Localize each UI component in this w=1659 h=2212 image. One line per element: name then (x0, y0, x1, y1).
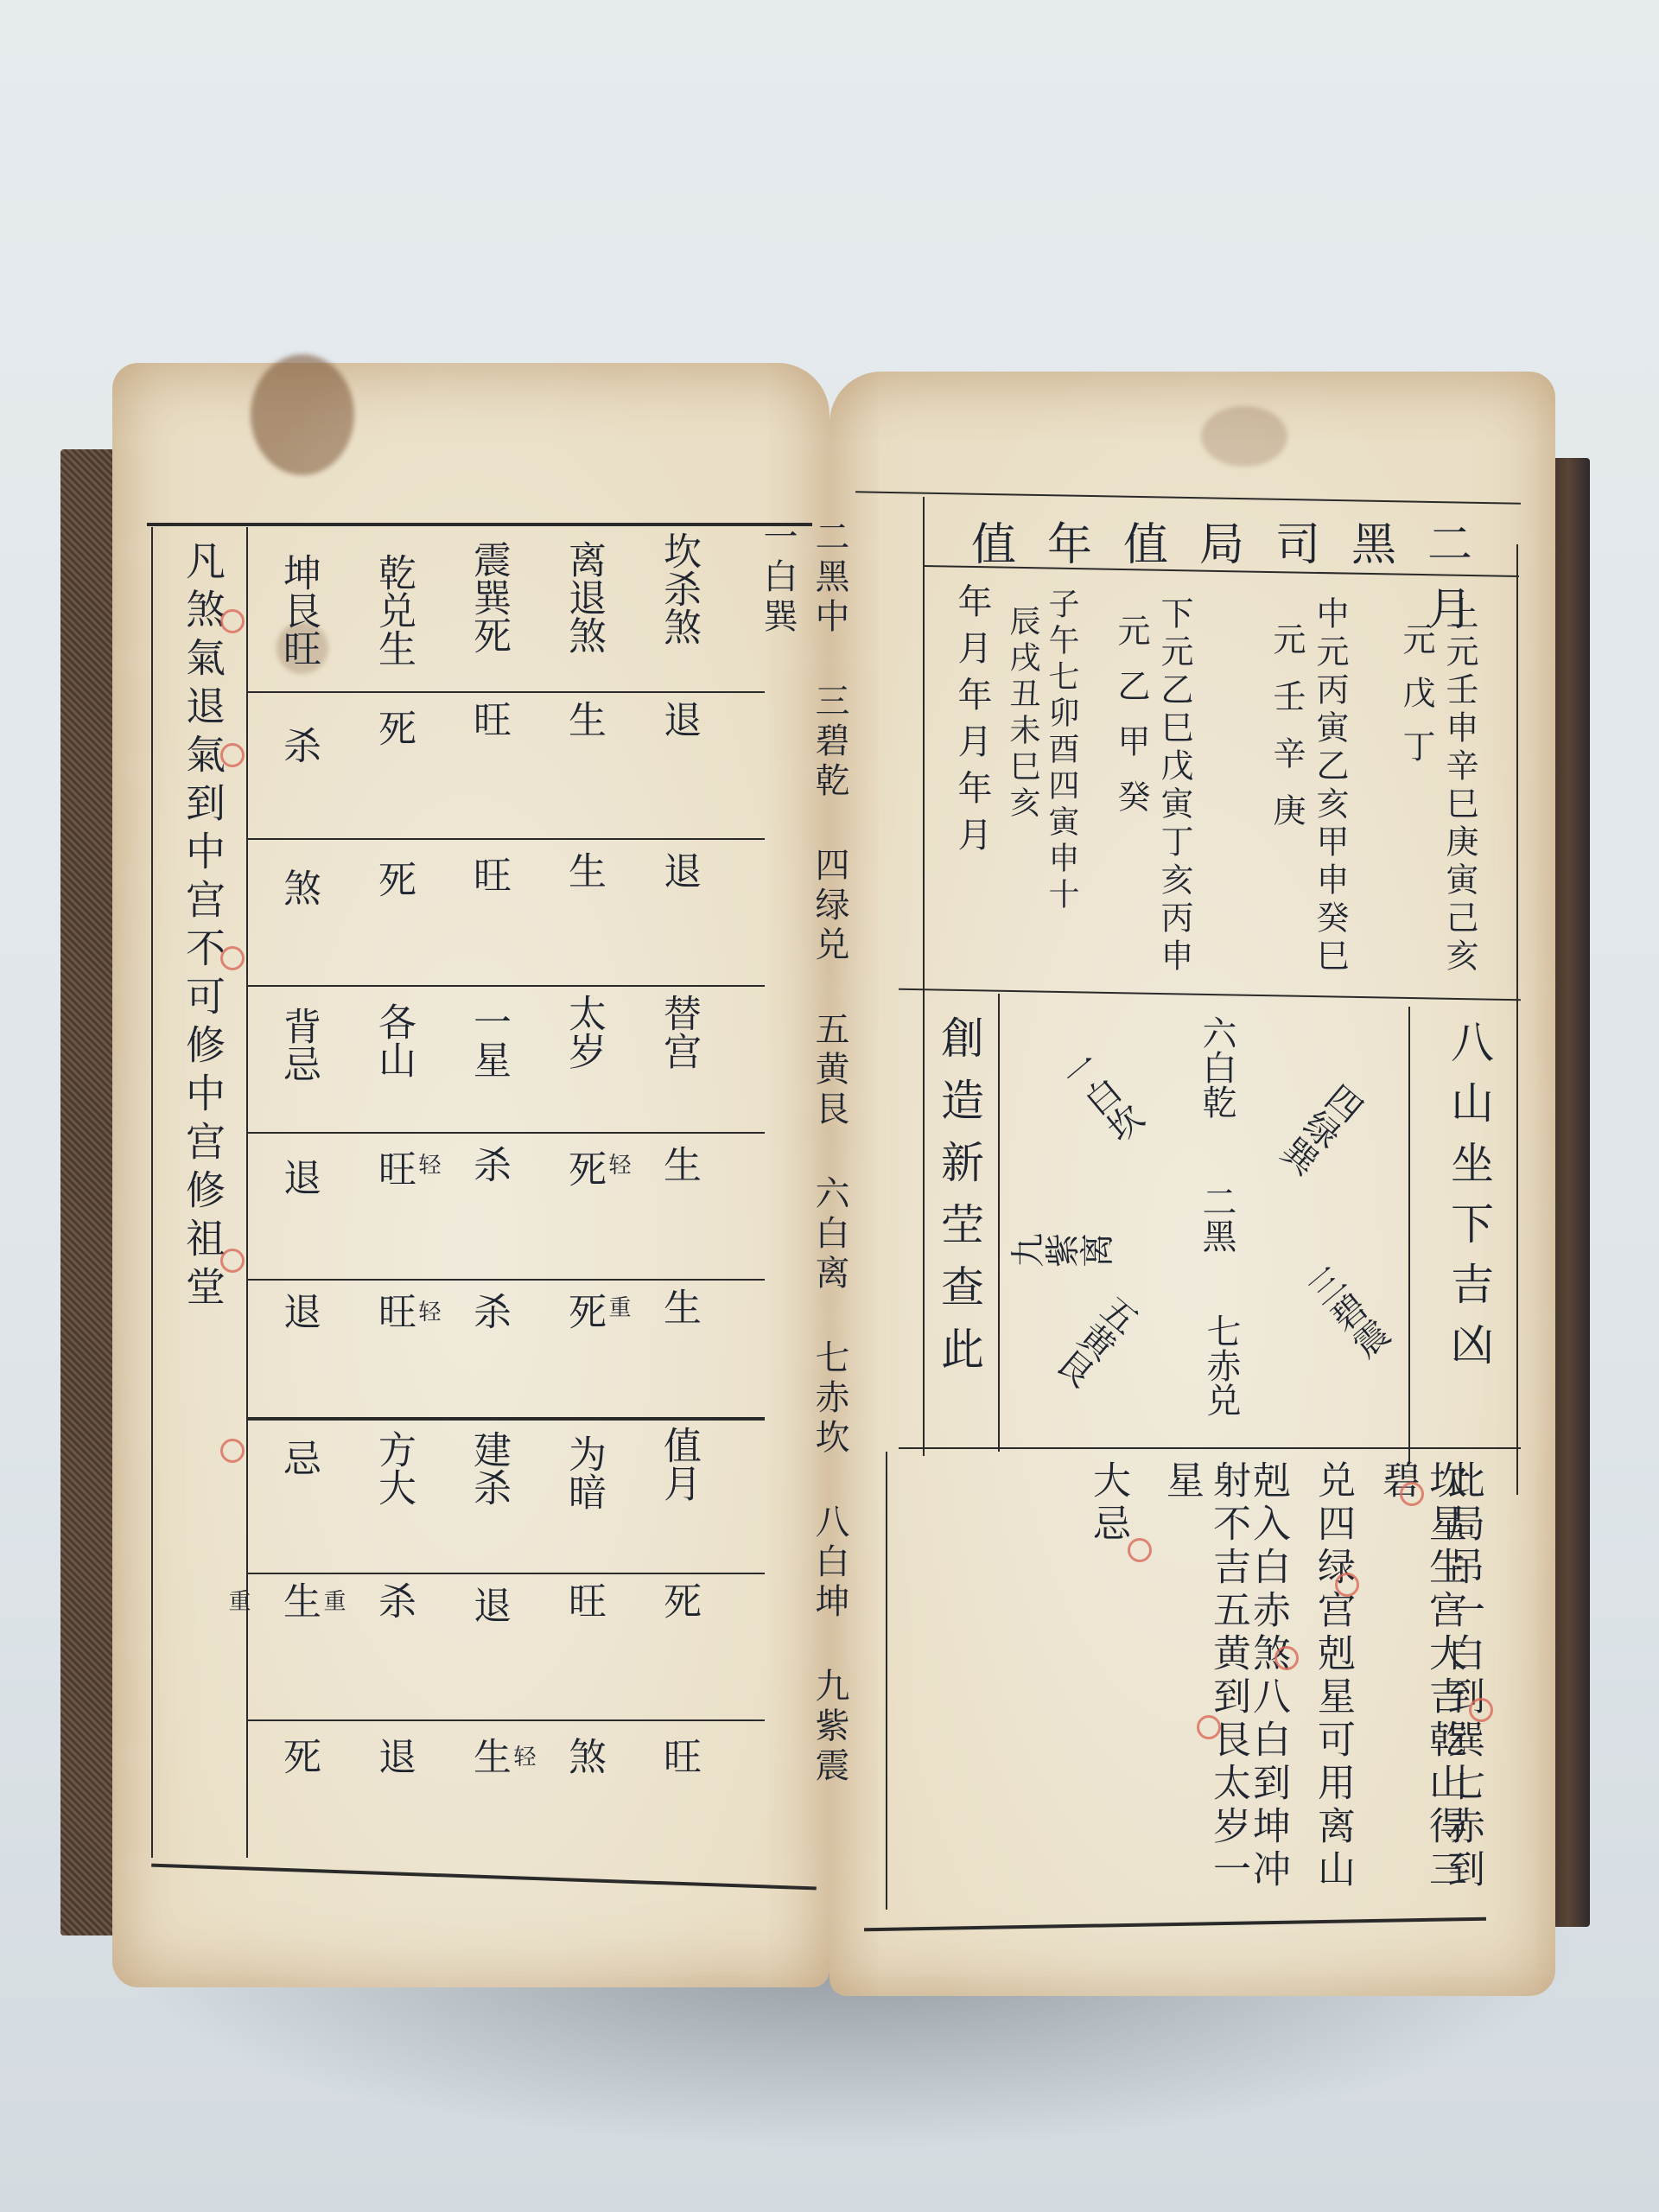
water-stain (251, 354, 354, 475)
table-cell: 生重 (648, 1287, 709, 1325)
table-cell: 为暗 (553, 1434, 613, 1510)
row-rule (246, 691, 765, 693)
table-cell: 退 (648, 851, 709, 889)
page-title-text: 二黑司局值年值月 (942, 508, 1503, 563)
row-rule (246, 1279, 765, 1281)
lower-left-border (886, 1452, 887, 1910)
table-cell: 一星 (458, 1002, 518, 1078)
left-border (151, 527, 153, 1858)
new-tomb-label: 創造新茔查此 (929, 1015, 989, 1447)
note-column: 大忌 (1084, 1460, 1131, 1633)
table-cell: 生 (553, 700, 613, 738)
table-cell: 死 (363, 709, 423, 747)
table-cell: 太岁 (553, 994, 613, 1070)
table-cell: 煞轻 (553, 1737, 613, 1775)
diagram-position: 六白乾 (1192, 1015, 1242, 1119)
note-column: 射不吉五黄到艮太岁一星 (1158, 1460, 1251, 1927)
table-cell: 退 (268, 1158, 328, 1196)
year-column-middle-yuan: 中元丙寅乙亥甲申癸巳 (1309, 596, 1351, 994)
year-column-upper-yuan-b: 元戊丁 (1395, 622, 1437, 985)
diagram-position: 七赤兑 (1197, 1313, 1246, 1417)
table-cell: 退 (648, 700, 709, 738)
eight-mountains-label: 八山坐下吉凶 (1439, 1020, 1499, 1452)
table-left-border (923, 497, 925, 1456)
label-kun-gen: 坤艮旺 (268, 553, 328, 667)
label-kan: 坎杀煞 (648, 531, 709, 645)
table-cell: 死 (553, 1149, 613, 1187)
table-cell: 杀 (268, 726, 328, 764)
red-seal-mark (1128, 1538, 1152, 1562)
row-rule (246, 1573, 765, 1574)
red-seal-mark (1197, 1715, 1221, 1739)
table-cell: 方大 (363, 1430, 423, 1506)
year-column-upper-yuan: 上元壬申辛巳庚寅己亥 (1439, 596, 1480, 994)
red-seal-mark (220, 743, 245, 767)
side-label-divider (1408, 1007, 1410, 1465)
note-column: 坎星生宫大吉乾山得三碧 (1374, 1460, 1467, 1927)
row-rule (246, 1132, 765, 1134)
table-cell: 旺 (363, 1292, 423, 1330)
table-cell: 死 (553, 1292, 613, 1330)
note-divider (246, 527, 248, 1858)
note-column: 兑四绿宫剋星可用离山 (1309, 1460, 1356, 1927)
red-seal-mark (1274, 1646, 1299, 1670)
left-label-divider (998, 994, 1000, 1452)
red-seal-mark (220, 1249, 245, 1273)
table-right-border (1516, 544, 1518, 1495)
table-cell: 退 (458, 1586, 518, 1624)
table-cell: 忌 (268, 1439, 328, 1477)
table-cell: 死 (363, 860, 423, 898)
label-li: 离退煞 (553, 540, 613, 654)
water-stain (1201, 406, 1287, 467)
page-title: 二黑司局值年值月 (942, 508, 1503, 563)
row-rule (246, 1417, 765, 1421)
table-cell: 煞 (268, 868, 328, 906)
month-column-a: 子午七卯酉四寅申十 (1041, 588, 1081, 985)
table-cell: 旺 (648, 1737, 709, 1775)
red-seal-mark (220, 1439, 245, 1463)
diagram-bottom (899, 1447, 1521, 1449)
table-cell: 旺 (363, 1149, 423, 1187)
month-column-b: 辰戌丑未巳亥 (1002, 605, 1042, 985)
red-seal-mark (220, 946, 245, 970)
month-column-c: 年月年月年月 (950, 583, 994, 989)
row-rule (246, 838, 765, 840)
table-cell: 生 (553, 851, 613, 889)
year-column-middle-yuan-b: 元壬辛庚 (1266, 622, 1307, 985)
year-column-lower-yuan-b: 元乙甲癸 (1110, 613, 1152, 976)
label-zhen-xun: 震巽死 (458, 540, 518, 654)
year-column-lower-yuan: 下元乙巳戊寅丁亥丙申 (1154, 596, 1195, 994)
diagram-center: 二黑 (1192, 1184, 1242, 1253)
table-cell: 生 (458, 1737, 518, 1775)
table-cell: 杀轻 (458, 1292, 518, 1330)
margin-note: 凡煞氣退氣到中宫不可修中宫修祖堂 (177, 540, 229, 1499)
red-seal-mark (1469, 1698, 1493, 1722)
row-rule (246, 1719, 765, 1721)
label-qian-dui: 乾兑生 (363, 553, 423, 667)
table-cell: 生轻 (648, 1145, 709, 1183)
star-palace-header-column: 二黑中 三碧乾 四绿兑 五黄艮 六白离 七赤坎 八白坤 九紫震 一白巽 (752, 518, 855, 1866)
table-cell: 死 (268, 1737, 328, 1775)
table-cell: 值月 (648, 1426, 709, 1502)
red-seal-mark (220, 609, 245, 633)
table-cell: 各山 (363, 1002, 423, 1078)
red-seal-mark (1400, 1482, 1424, 1506)
table-cell: 旺 (553, 1581, 613, 1619)
table-cell: 生重 (268, 1581, 328, 1619)
table-cell: 旺 (458, 700, 518, 738)
table-cell: 建杀 (458, 1430, 518, 1506)
table-cell: 死 (648, 1581, 709, 1619)
diagram-position: 九紫离 (1010, 1229, 1114, 1278)
table-cell: 杀轻 (458, 1145, 518, 1183)
table-cell: 背忌 (268, 1007, 328, 1083)
row-rule (246, 985, 765, 987)
note-column: 剋入白赤煞八白到坤冲 (1244, 1460, 1291, 1927)
red-seal-mark (1335, 1573, 1359, 1597)
top-rule (147, 523, 812, 526)
table-cell: 旺 (458, 855, 518, 893)
table-cell: 退 (363, 1737, 423, 1775)
table-cell: 替宫 (648, 994, 709, 1070)
table-cell: 杀重 (363, 1581, 423, 1619)
table-cell: 退 (268, 1292, 328, 1330)
